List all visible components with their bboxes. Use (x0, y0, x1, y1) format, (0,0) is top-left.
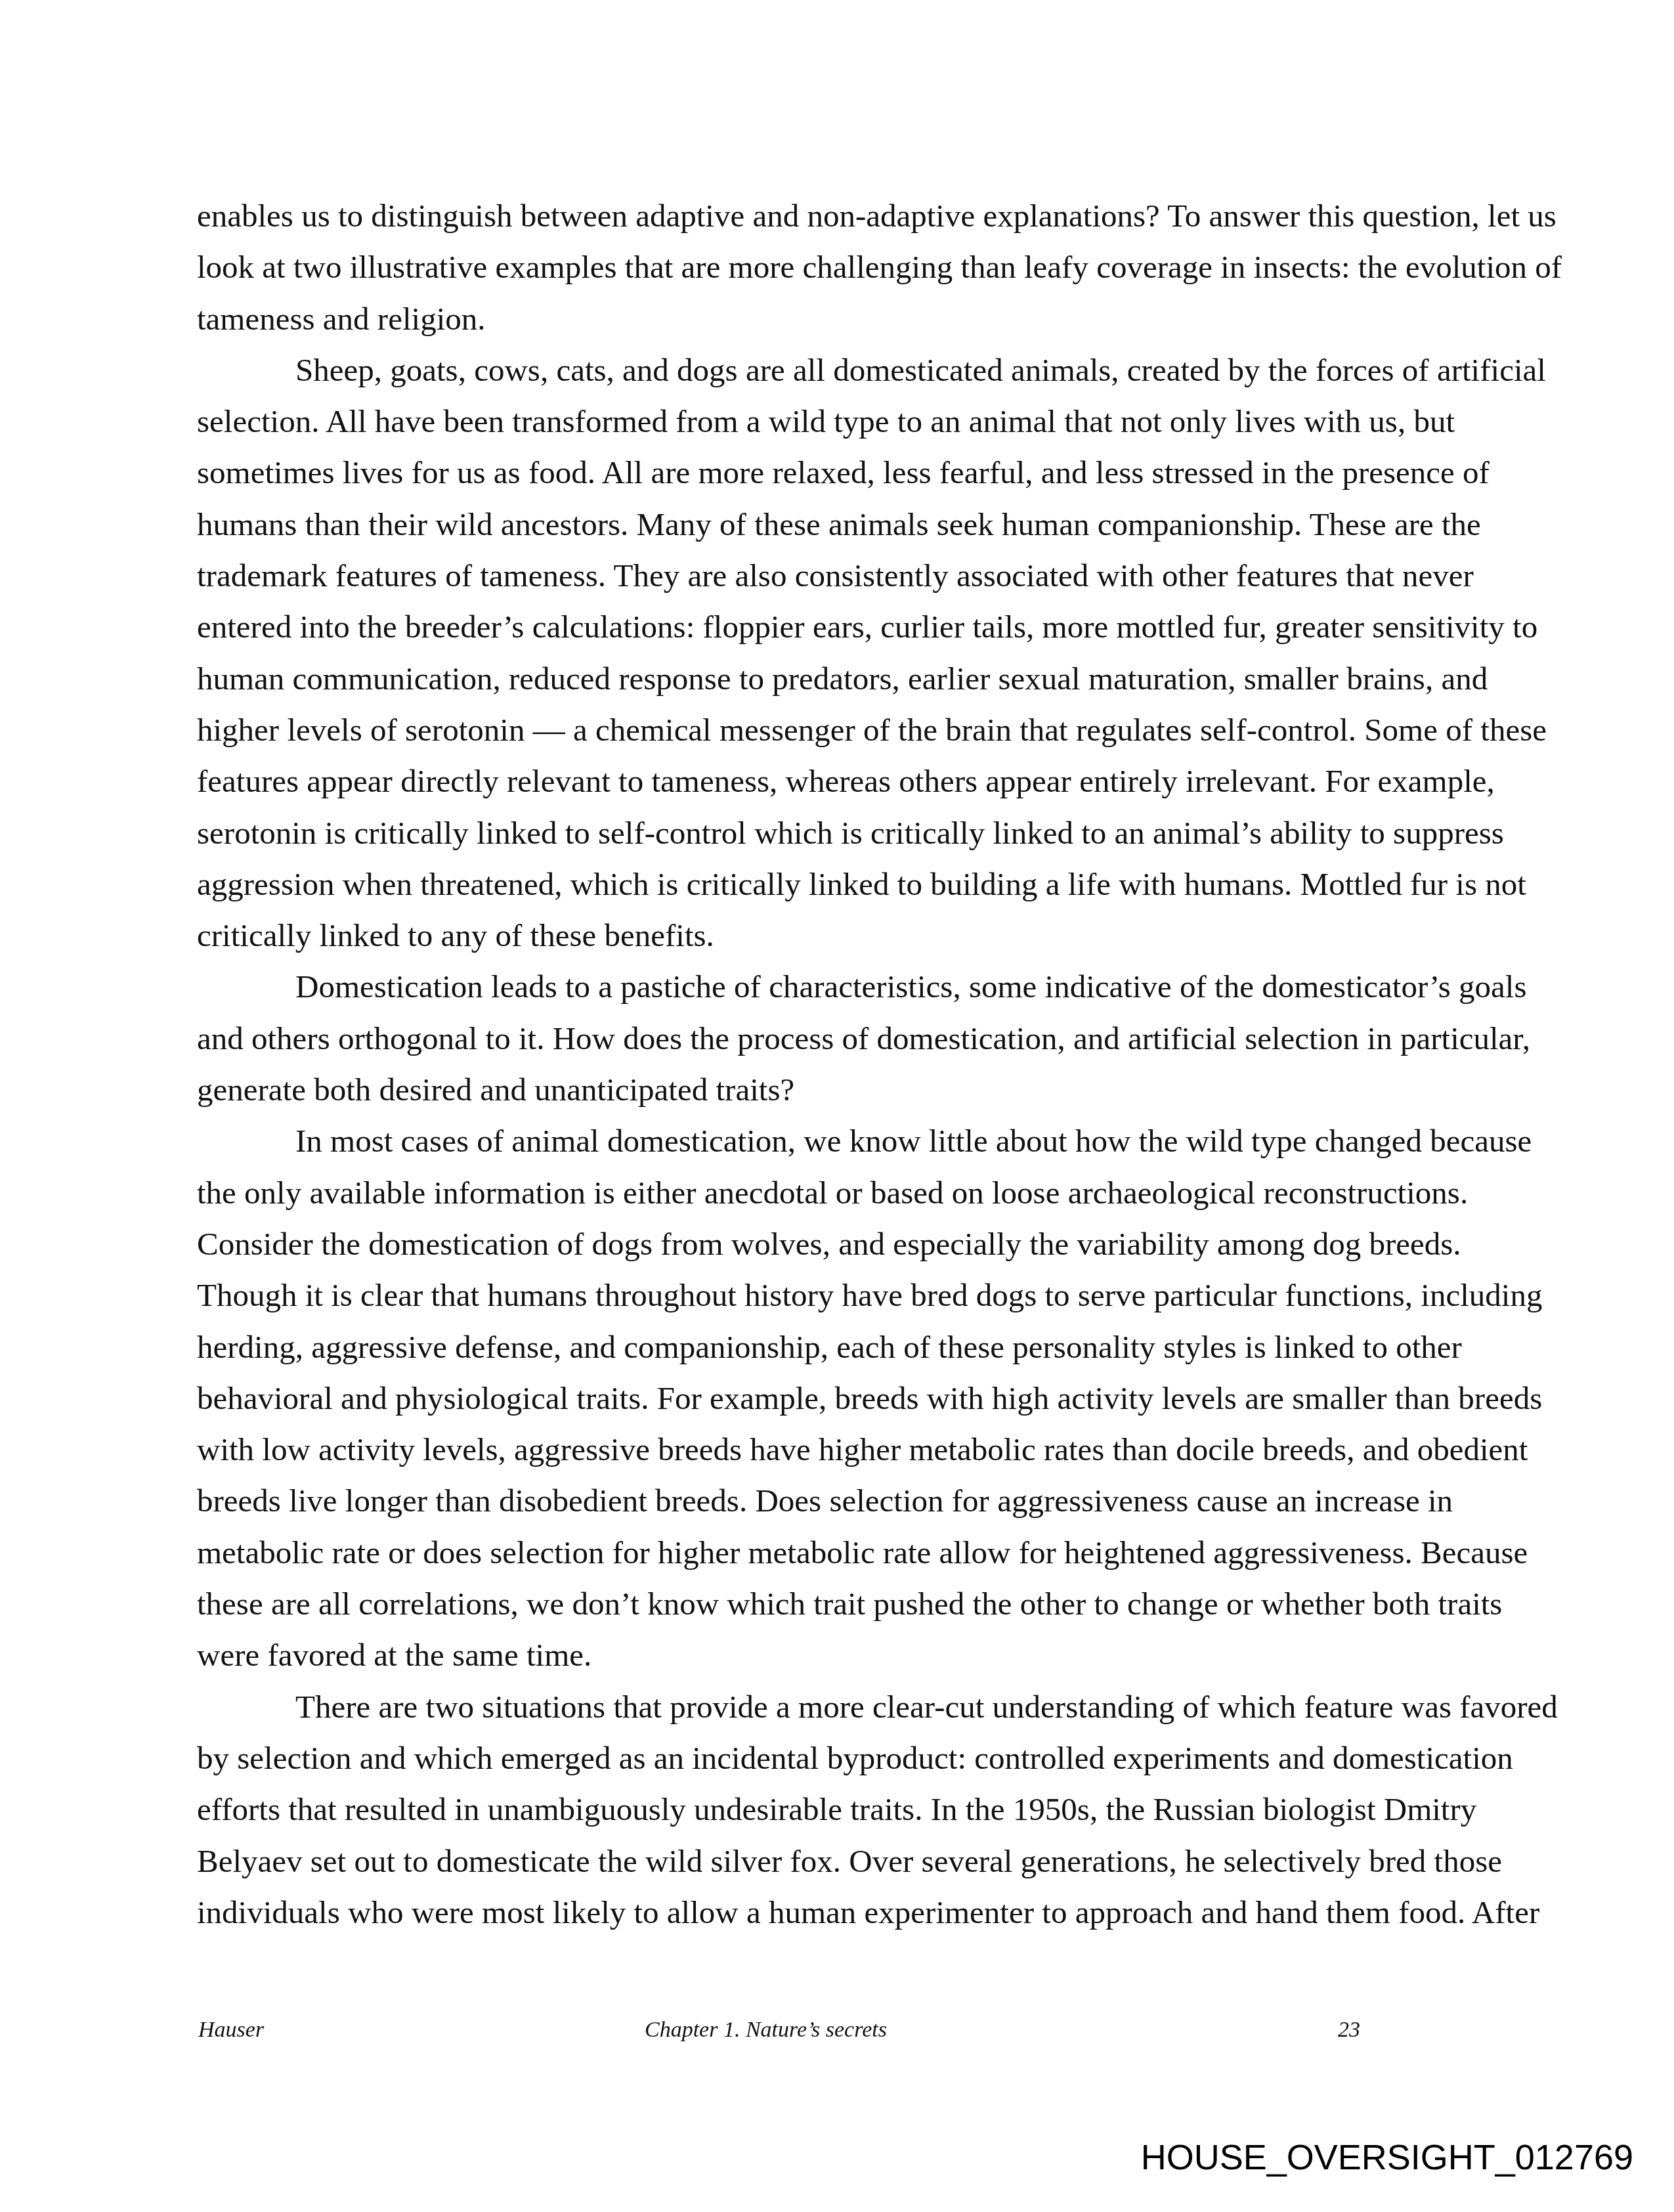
text-line: with low activity levels, aggressive bre… (197, 1424, 1477, 1475)
text-line: herding, aggressive defense, and compani… (197, 1322, 1477, 1373)
text-line: breeds live longer than disobedient bree… (197, 1475, 1477, 1527)
text-line: In most cases of animal domestication, w… (197, 1116, 1477, 1167)
text-line: Sheep, goats, cows, cats, and dogs are a… (197, 345, 1477, 396)
paragraph: There are two situations that provide a … (197, 1681, 1477, 1938)
text-line: Domestication leads to a pastiche of cha… (197, 961, 1477, 1012)
paragraph: Domestication leads to a pastiche of cha… (197, 961, 1477, 1116)
text-line: Though it is clear that humans throughou… (197, 1270, 1477, 1321)
text-line: selection. All have been transformed fro… (197, 396, 1477, 447)
paragraph: Sheep, goats, cows, cats, and dogs are a… (197, 345, 1477, 962)
text-line: the only available information is either… (197, 1167, 1477, 1219)
text-line: look at two illustrative examples that a… (197, 242, 1477, 293)
text-line: by selection and which emerged as an inc… (197, 1733, 1477, 1784)
paragraph: In most cases of animal domestication, w… (197, 1116, 1477, 1681)
paragraph: enables us to distinguish between adapti… (197, 190, 1477, 345)
text-line: sometimes lives for us as food. All are … (197, 447, 1477, 498)
text-line: individuals who were most likely to allo… (197, 1887, 1477, 1938)
footer-chapter-title: Chapter 1. Nature’s secrets (645, 2018, 887, 2043)
text-line: Consider the domestication of dogs from … (197, 1219, 1477, 1270)
footer-page-number: 23 (1338, 2018, 1360, 2043)
text-line: Belyaev set out to domesticate the wild … (197, 1836, 1477, 1887)
text-line: There are two situations that provide a … (197, 1681, 1477, 1733)
bates-stamp: HOUSE_OVERSIGHT_012769 (1141, 2137, 1633, 2178)
text-line: aggression when threatened, which is cri… (197, 859, 1477, 910)
text-line: humans than their wild ancestors. Many o… (197, 499, 1477, 550)
page-footer: Hauser Chapter 1. Nature’s secrets 23 (0, 2018, 1674, 2057)
text-line: human communication, reduced response to… (197, 653, 1477, 705)
text-line: and others orthogonal to it. How does th… (197, 1013, 1477, 1064)
text-line: higher levels of serotonin — a chemical … (197, 705, 1477, 756)
text-line: generate both desired and unanticipated … (197, 1064, 1477, 1116)
text-line: features appear directly relevant to tam… (197, 756, 1477, 807)
text-line: behavioral and physiological traits. For… (197, 1373, 1477, 1424)
text-line: critically linked to any of these benefi… (197, 910, 1477, 961)
text-line: these are all correlations, we don’t kno… (197, 1578, 1477, 1630)
footer-author: Hauser (198, 2018, 264, 2043)
text-line: tameness and religion. (197, 293, 1477, 345)
text-line: efforts that resulted in unambiguously u… (197, 1784, 1477, 1835)
text-line: enables us to distinguish between adapti… (197, 190, 1477, 242)
body-text: enables us to distinguish between adapti… (197, 190, 1477, 1938)
text-line: metabolic rate or does selection for hig… (197, 1527, 1477, 1578)
text-line: serotonin is critically linked to self-c… (197, 808, 1477, 859)
text-line: trademark features of tameness. They are… (197, 550, 1477, 601)
text-line: entered into the breeder’s calculations:… (197, 601, 1477, 653)
text-line: were favored at the same time. (197, 1630, 1477, 1681)
document-page: enables us to distinguish between adapti… (0, 0, 1674, 2212)
